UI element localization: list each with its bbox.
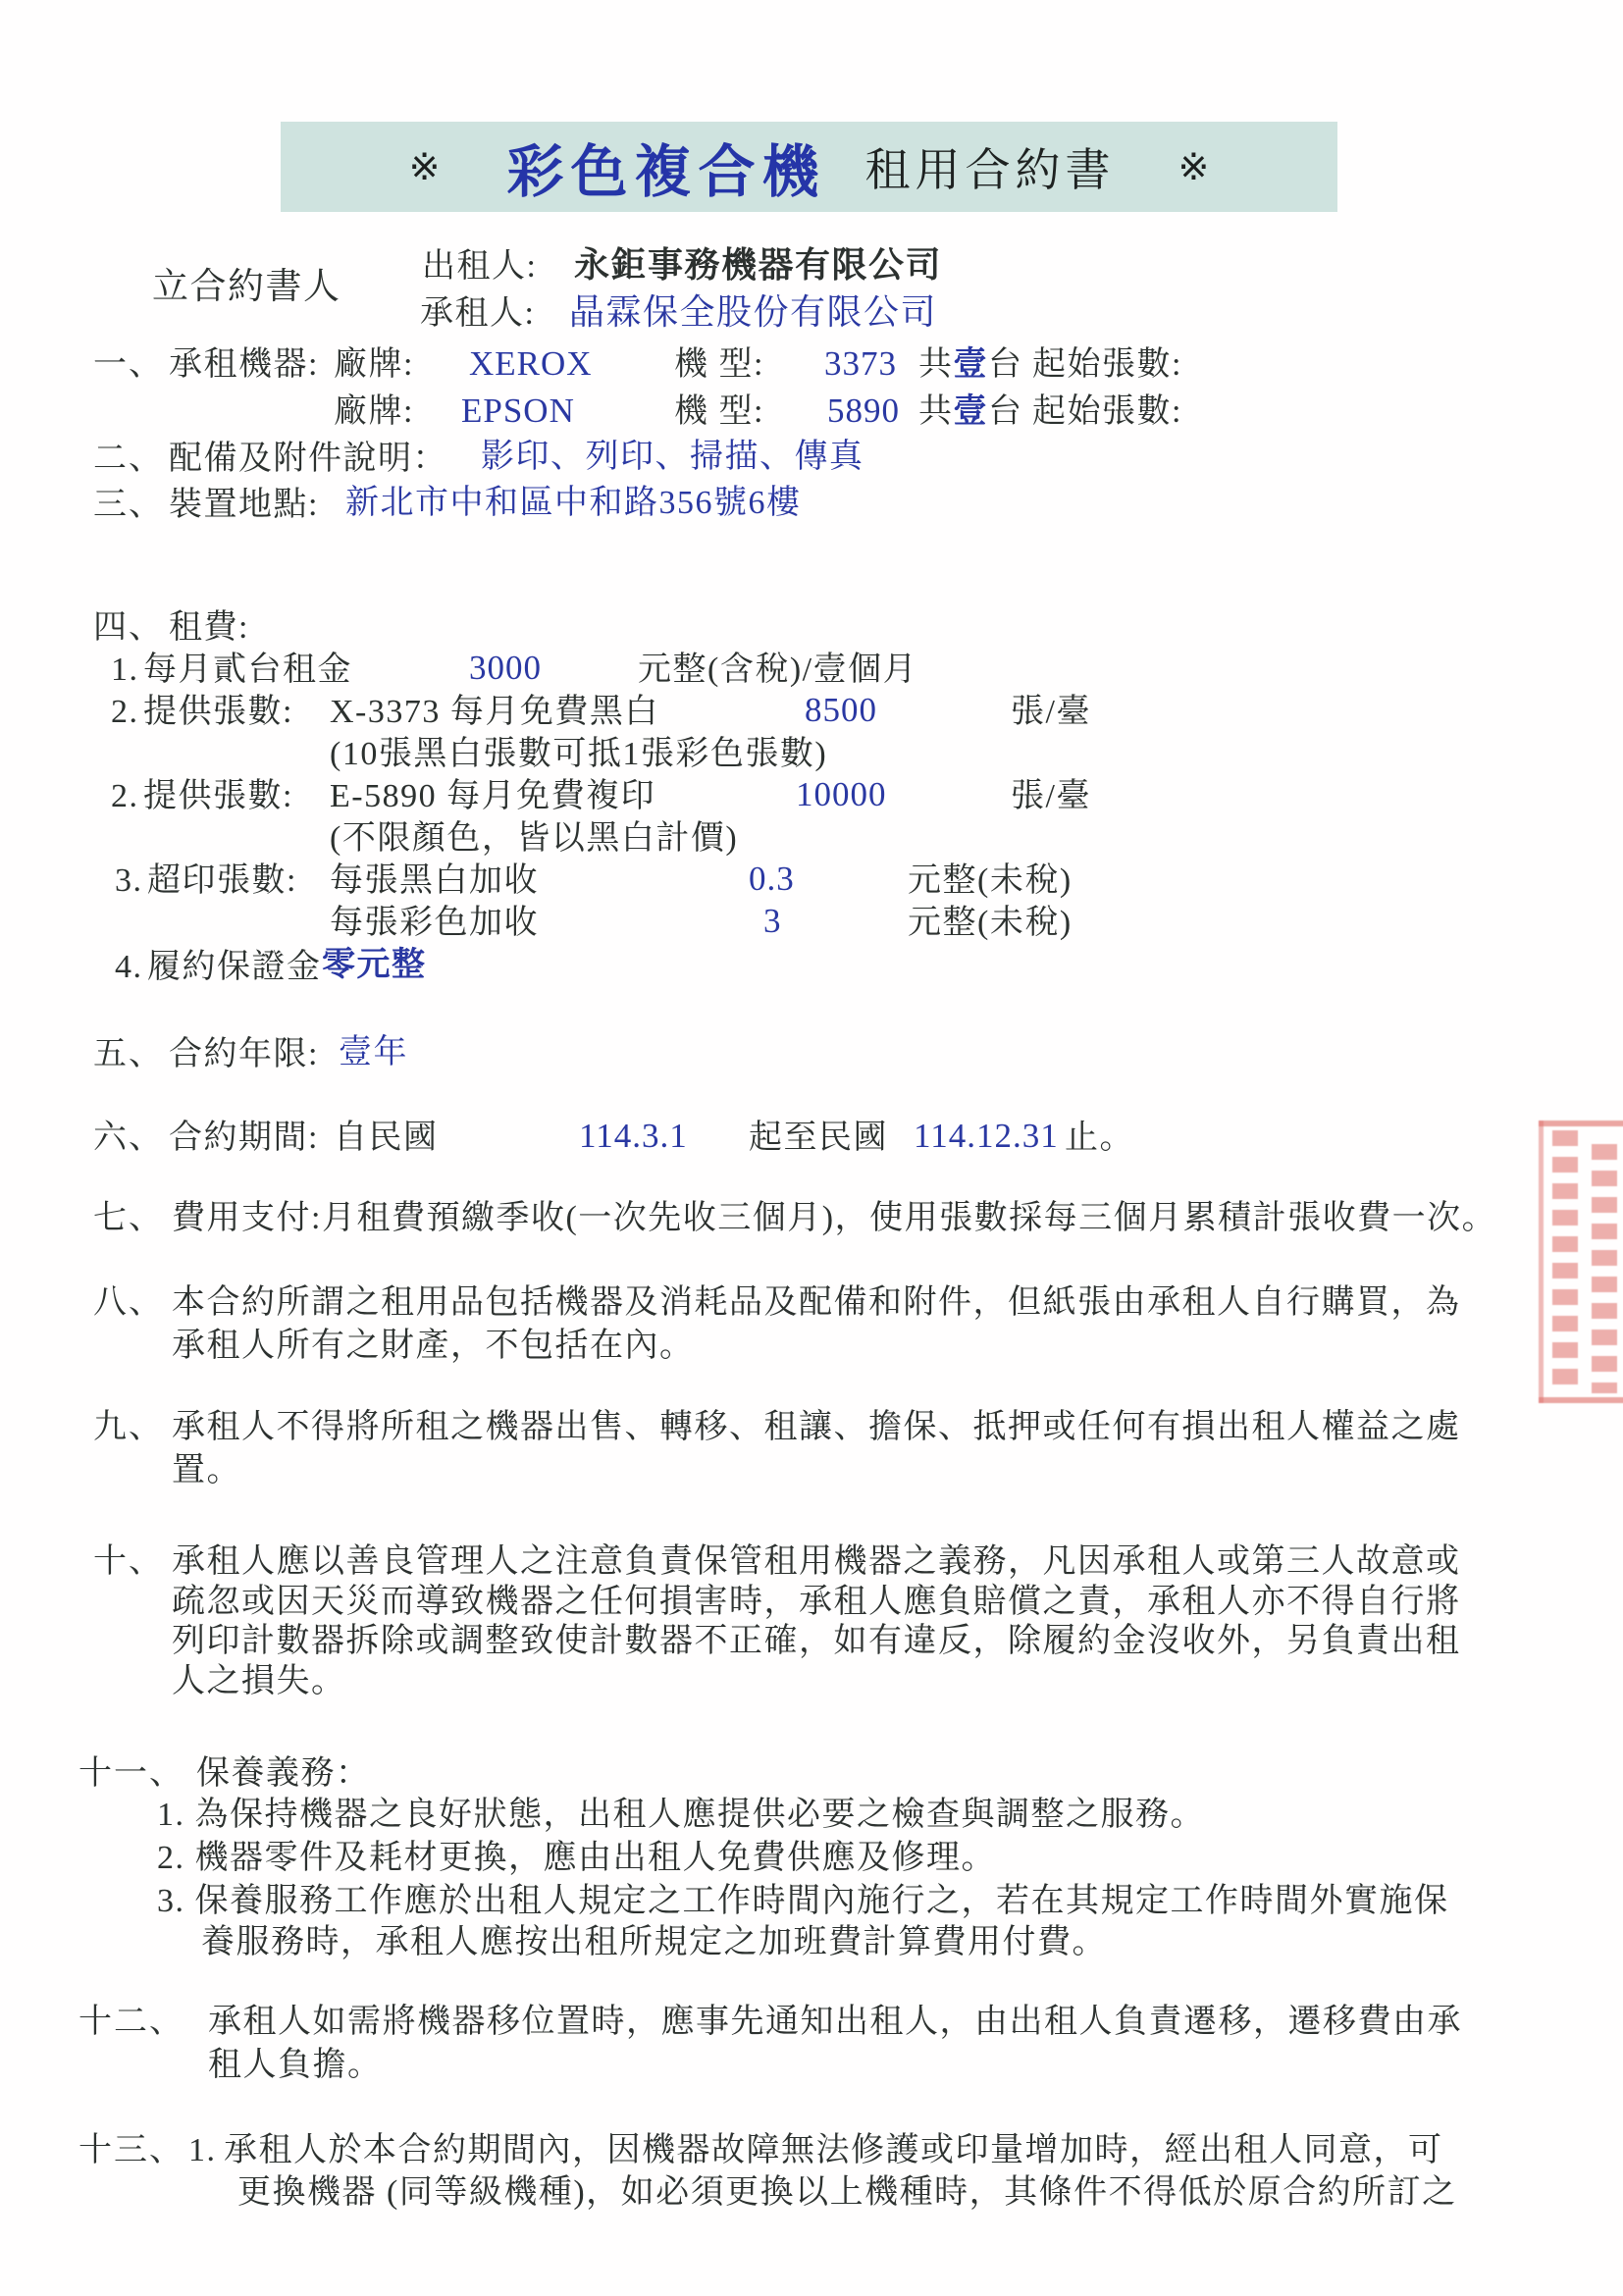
clause11-number: 十一、 [79,1754,184,1793]
deposit-value: 零元整 [322,946,427,984]
machine1-qty-value: 壹 [954,346,989,383]
machine2-model-label: 機 型: [674,392,764,431]
clause2-value: 影印、列印、掃描、傳真 [481,438,864,476]
rent-no: 1. [111,651,139,689]
machine1-qty-prefix: 共 [918,346,954,383]
clause11-item1: 1. 為保持機器之良好狀態，出租人應提供必要之檢查與調整之服務。 [157,1796,1205,1834]
clause10-line1: 承租人應以善良管理人之注意負責保管租用機器之義務，凡因承租人或第三人故意或 [172,1542,1461,1581]
machine1-model-value: 3373 [824,344,897,384]
clause7-number: 七、 [93,1199,164,1237]
clause2-label: 配備及附件說明： [169,440,447,478]
clause1-label: 承租機器: [169,345,319,384]
lessor-label: 出租人: [422,247,537,286]
stamp-glyph-column-2 [1592,1144,1617,1393]
clause10-line3: 列印計數器拆除或調整致使計數器不正確，如有違反，除履約金沒收外，另負責出租 [172,1622,1461,1660]
parties-maker-label: 立合約書人 [152,267,341,309]
machine1-brand-label: 廠牌: [334,345,414,384]
clause5-number: 五、 [93,1035,164,1073]
clause12-line1: 承租人如需將機器移位置時，應事先通知出租人，由出租人負責遷移，遷移費由承 [208,2003,1462,2041]
overprint-bw-suffix: 元整(未稅) [908,861,1073,900]
machine1-start-label: 起始張數: [1032,345,1182,384]
machine2-qty-suffix: 台 [988,393,1023,430]
contract-page: ※ 彩色複合機 租用合約書 ※ 立合約書人 出租人: 永鉅事務機器有限公司 承租… [0,0,1623,2296]
clause3-value: 新北市中和區中和路356號6樓 [345,484,802,522]
machine1-qty-suffix: 台 [988,346,1023,383]
machine1-brand-value: XEROX [469,344,593,384]
clause6-to-label: 起至民國 [749,1119,888,1157]
overprint-color-suffix: 元整(未稅) [908,904,1073,942]
free2-no: 2. [111,777,139,815]
clause6-label: 合約期間: [169,1119,319,1157]
free1-value: 8500 [805,691,877,730]
clause10-line2: 疏忽或因天災而導致機器之任何損害時，承租人應負賠償之責，承租人亦不得自行將 [172,1583,1461,1621]
stamp-glyph-column-1 [1552,1130,1578,1393]
red-ink-stamp [1539,1121,1623,1403]
machine2-qty-value: 壹 [954,393,989,430]
machine2-qty: 共壹台 [918,392,1023,431]
rent-suffix: 元整(含稅)/壹個月 [638,651,917,689]
clause11-item2: 2. 機器零件及耗材更換，應由出租人免費供應及修理。 [157,1839,996,1877]
clause13-line2: 更換機器 (同等級機種)，如必須更換以上機種時，其條件不得低於原合約所訂之 [237,2173,1457,2212]
machine1-qty: 共壹台 [918,345,1023,384]
clause4-label: 租費: [169,608,249,647]
free1-note: (10張黑白張數可抵1張彩色張數) [330,735,827,773]
free2-note: (不限顏色，皆以黑白計價) [330,819,738,858]
free1-label: 提供張數: [143,693,293,731]
machine2-brand-label: 廠牌: [334,392,414,431]
free1-unit: 張/臺 [1011,693,1091,731]
free2-label: 提供張數: [143,777,293,815]
stamp-left-edge [1539,1121,1544,1403]
title-deco-right: ※ [1178,145,1210,189]
clause8-number: 八、 [93,1283,164,1322]
clause9-number: 九、 [93,1408,164,1446]
clause13-number: 十三、 [79,2131,184,2169]
rent-label: 每月貳台租金 [143,651,352,689]
clause9-line2: 置。 [172,1451,241,1489]
clause6-from-label: 自民國 [334,1119,439,1157]
clause8-line1: 本合約所謂之租用品包括機器及消耗品及配備和附件，但紙張由承租人自行購買，為 [172,1283,1461,1322]
deposit-no: 4. [115,948,143,986]
stamp-bottom-bar [1539,1397,1623,1403]
free2-desc: E-5890 每月免費複印 [330,777,655,815]
free1-desc: X-3373 每月免費黑白 [330,693,659,731]
clause1-number: 一、 [93,345,164,384]
clause12-line2: 租人負擔。 [208,2046,383,2084]
clause6-number: 六、 [93,1119,164,1157]
clause10-number: 十、 [93,1542,164,1581]
rent-value: 3000 [469,649,542,688]
clause7-line1: 費用支付:月租費預繳季收(一次先收三個月)，使用張數採每三個月累積計張收費一次。 [172,1199,1496,1237]
clause3-number: 三、 [93,486,164,524]
clause6-end: 止。 [1065,1119,1134,1157]
clause12-number: 十二、 [79,2003,184,2041]
overprint-label: 超印張數: [147,861,297,900]
machine2-model-value: 5890 [827,391,900,431]
overprint-color-desc: 每張彩色加收 [330,904,539,942]
free1-no: 2. [111,693,139,731]
free2-unit: 張/臺 [1011,777,1091,815]
stamp-top-bar [1539,1121,1623,1126]
machine1-model-label: 機 型: [674,345,764,384]
machine2-brand-value: EPSON [461,391,575,431]
clause6-from-value: 114.3.1 [579,1117,688,1156]
lessor-name: 永鉅事務機器有限公司 [574,245,942,286]
overprint-no: 3. [115,861,143,900]
clause6-to-value: 114.12.31 [914,1117,1059,1156]
title-banner: ※ 彩色複合機 租用合約書 ※ [281,122,1337,212]
overprint-bw-value: 0.3 [749,860,795,899]
machine2-qty-prefix: 共 [918,393,954,430]
page-title-main: 彩色複合機 [506,126,825,208]
clause8-line2: 承租人所有之財產，不包括在內。 [172,1327,695,1365]
clause11-label: 保養義務： [196,1754,371,1793]
clause13-item-no: 1. [188,2131,217,2169]
clause11-item3: 3. 保養服務工作應於出租人規定之工作時間內施行之，若在其規定工作時間外實施保 [157,1882,1449,1920]
clause2-number: 二、 [93,440,164,478]
overprint-color-value: 3 [763,902,782,941]
clause11-item3-cont: 養服務時，承租人應按出租所規定之加班費計算費用付費。 [201,1923,1107,1961]
clause3-label: 裝置地點: [169,486,319,524]
machine2-start-label: 起始張數: [1032,392,1182,431]
clause4-number: 四、 [93,608,164,647]
lessee-label: 承租人: [420,294,535,333]
lessee-name: 晶霖保全股份有限公司 [569,292,937,333]
free2-value: 10000 [796,775,887,814]
clause5-value: 壹年 [339,1033,408,1071]
deposit-label: 履約保證金 [147,948,322,986]
title-deco-left: ※ [409,145,441,189]
clause9-line1: 承租人不得將所租之機器出售、轉移、租讓、擔保、抵押或任何有損出租人權益之處 [172,1408,1461,1446]
overprint-bw-desc: 每張黑白加收 [330,861,539,900]
clause5-label: 合約年限: [169,1035,319,1073]
page-title-sub: 租用合約書 [865,134,1116,199]
clause13-line1: 承租人於本合約期間內，因機器故障無法修護或印量增加時，經出租人同意，可 [224,2131,1443,2169]
clause10-line4: 人之損失。 [172,1662,346,1700]
